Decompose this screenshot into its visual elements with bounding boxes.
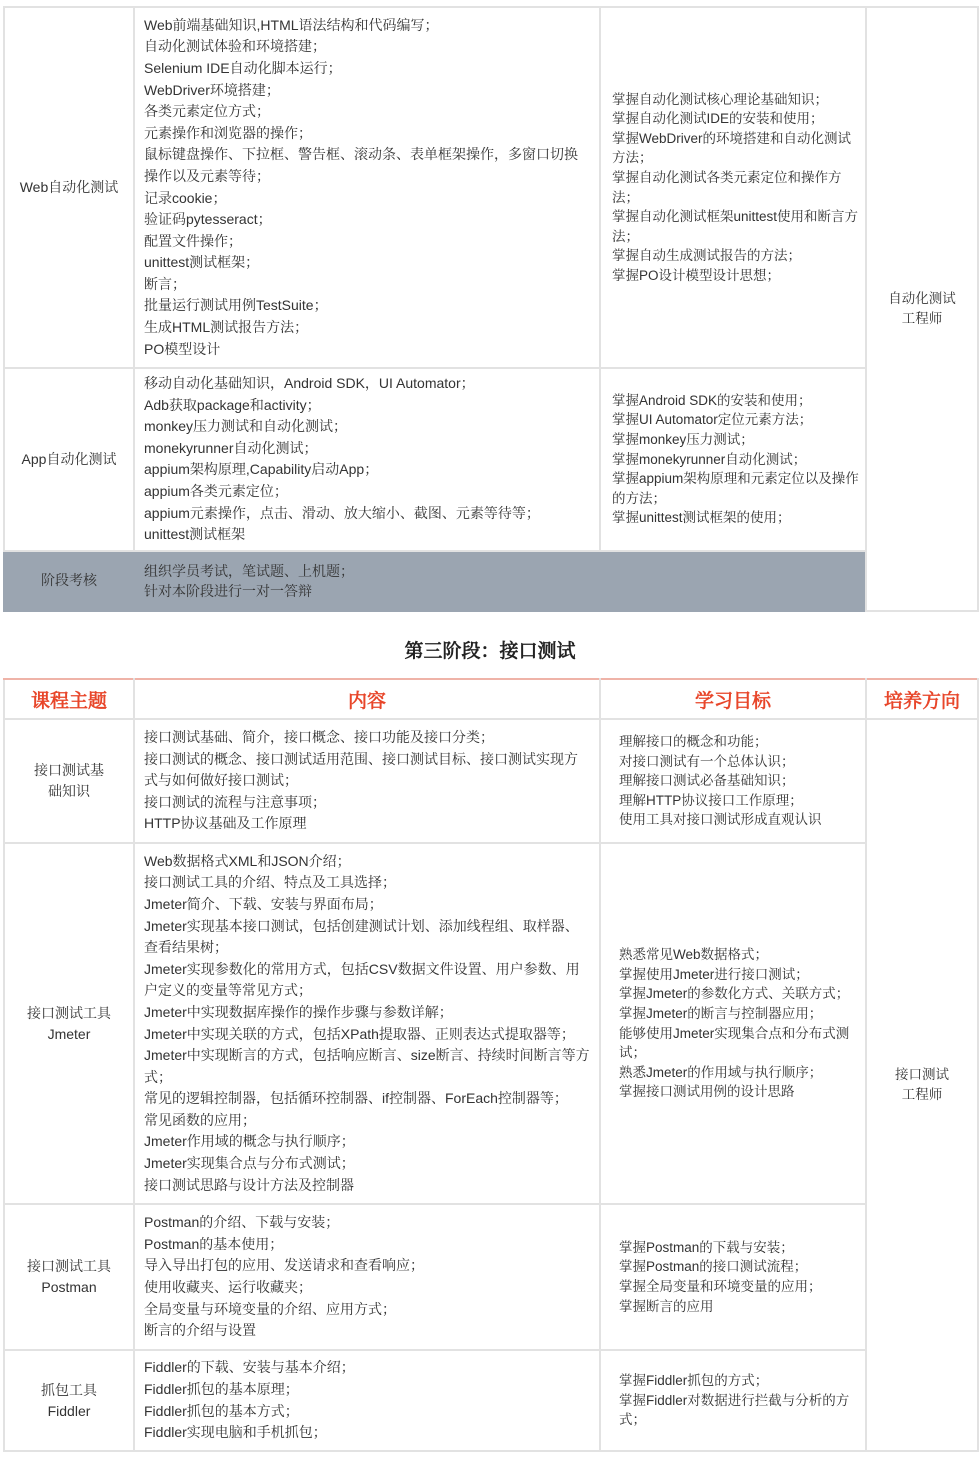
content-line: 生成HTML测试报告方法；: [144, 317, 591, 339]
content-line: Jmeter中实现断言的方式，包括响应断言、size断言、持续时间断言等方式；: [144, 1045, 591, 1088]
course-topic: Web自动化测试: [4, 7, 134, 368]
content-line: appium各类元素定位；: [144, 481, 591, 503]
goal-line: 掌握全局变量和环境变量的应用；: [619, 1277, 859, 1297]
content-line: Web前端基础知识,HTML语法结构和代码编写；: [144, 15, 591, 37]
course-content: Web前端基础知识,HTML语法结构和代码编写； 自动化测试体验和环境搭建； S…: [134, 7, 600, 368]
course-topic: 抓包工具 Fiddler: [4, 1350, 134, 1451]
goal-line: 掌握Postman的接口测试流程；: [619, 1257, 859, 1277]
content-line: Jmeter实现集合点与分布式测试；: [144, 1153, 591, 1175]
direction-line: 工程师: [868, 309, 976, 329]
header-content: 内容: [134, 679, 600, 719]
content-line: Jmeter作用域的概念与执行顺序；: [144, 1131, 591, 1153]
content-line: 接口测试的流程与注意事项；: [144, 792, 591, 814]
goal-line: 使用工具对接口测试形成直观认识: [619, 810, 859, 830]
content-line: 自动化测试体验和环境搭建；: [144, 36, 591, 58]
exam-topic: 阶段考核: [4, 551, 134, 611]
header-goals: 学习目标: [600, 679, 866, 719]
content-line: Jmeter中实现关联的方式，包括XPath提取器、正则表达式提取器等；: [144, 1024, 591, 1046]
learning-goals: 掌握Postman的下载与安装； 掌握Postman的接口测试流程； 掌握全局变…: [600, 1204, 866, 1350]
topic-line: Jmeter: [11, 1024, 127, 1045]
goal-line: 掌握自动化测试核心理论基础知识；: [612, 90, 859, 110]
course-content: 移动自动化基础知识，Android SDK，UI Automator； Adb获…: [134, 368, 600, 551]
exam-row: 阶段考核 组织学员考试，笔试题、上机题； 针对本阶段进行一对一答辩: [4, 551, 978, 611]
content-line: Selenium IDE自动化脚本运行；: [144, 58, 591, 80]
content-line: 配置文件操作；: [144, 231, 591, 253]
content-line: PO模型设计: [144, 339, 591, 361]
content-line: Postman的基本使用；: [144, 1234, 591, 1256]
content-line: Adb获取package和activity；: [144, 395, 591, 417]
course-content: Web数据格式XML和JSON介绍； 接口测试工具的介绍、特点及工具选择； Jm…: [134, 843, 600, 1204]
goal-line: 掌握自动化测试IDE的安装和使用；: [612, 109, 859, 129]
goal-line: 掌握Fiddler对数据进行拦截与分析的方式；: [619, 1391, 859, 1430]
content-line: Fiddler抓包的基本原理；: [144, 1379, 591, 1401]
goal-line: 掌握使用Jmeter进行接口测试；: [619, 965, 859, 985]
content-line: Postman的介绍、下载与安装；: [144, 1212, 591, 1234]
content-line: Fiddler的下载、安装与基本介绍；: [144, 1357, 591, 1379]
topic-line: 接口测试工具: [11, 1256, 127, 1277]
topic-line: 接口测试工具: [11, 1003, 127, 1024]
content-line: 鼠标键盘操作、下拉框、警告框、滚动条、表单框架操作，多窗口切换操作以及元素等待；: [144, 144, 591, 187]
goal-line: 掌握断言的应用: [619, 1297, 859, 1317]
content-line: 元素操作和浏览器的操作；: [144, 123, 591, 145]
content-line: 接口测试思路与设计方法及控制器: [144, 1175, 591, 1197]
content-line: appium元素操作，点击、滑动、放大缩小、截图、元素等待等；: [144, 503, 591, 525]
goal-line: 熟悉常见Web数据格式；: [619, 945, 859, 965]
course-content: 接口测试基础、简介，接口概念、接口功能及接口分类； 接口测试的概念、接口测试适用…: [134, 719, 600, 843]
goal-line: 掌握UI Automator定位元素方法；: [612, 410, 859, 430]
goal-line: 理解接口的概念和功能；: [619, 732, 859, 752]
direction-line: 接口测试: [868, 1065, 976, 1085]
content-line: Jmeter简介、下载、安装与界面布局；: [144, 894, 591, 916]
learning-goals: 理解接口的概念和功能； 对接口测试有一个总体认识； 理解接口测试必备基础知识； …: [600, 719, 866, 843]
content-line: 各类元素定位方式；: [144, 101, 591, 123]
goal-line: 理解HTTP协议接口工作原理；: [619, 791, 859, 811]
content-line: HTTP协议基础及工作原理: [144, 813, 591, 835]
content-line: 移动自动化基础知识，Android SDK，UI Automator；: [144, 373, 591, 395]
content-line: 组织学员考试，笔试题、上机题；: [144, 561, 857, 581]
goal-line: 掌握monkey压力测试；: [612, 430, 859, 450]
content-line: 记录cookie；: [144, 188, 591, 210]
learning-goals: 掌握自动化测试核心理论基础知识； 掌握自动化测试IDE的安装和使用； 掌握Web…: [600, 7, 866, 368]
exam-content: 组织学员考试，笔试题、上机题； 针对本阶段进行一对一答辩: [134, 551, 866, 611]
goal-line: 能够使用Jmeter实现集合点和分布式测试；: [619, 1024, 859, 1063]
table-row: Web自动化测试 Web前端基础知识,HTML语法结构和代码编写； 自动化测试体…: [4, 7, 978, 368]
learning-goals: 掌握Android SDK的安装和使用； 掌握UI Automator定位元素方…: [600, 368, 866, 551]
goal-line: 掌握appium架构原理和元素定位以及操作的方法；: [612, 469, 859, 508]
goal-line: 掌握Jmeter的断言与控制器应用；: [619, 1004, 859, 1024]
stage3-course-table: 课程主题 内容 学习目标 培养方向 接口测试基 础知识 接口测试基础、简介，接口…: [3, 678, 979, 1452]
content-line: monkey压力测试和自动化测试；: [144, 416, 591, 438]
content-line: unittest测试框架；: [144, 252, 591, 274]
goal-line: 掌握Postman的下载与安装；: [619, 1238, 859, 1258]
goal-line: 理解接口测试必备基础知识；: [619, 771, 859, 791]
content-line: 批量运行测试用例TestSuite；: [144, 295, 591, 317]
content-line: Web数据格式XML和JSON介绍；: [144, 851, 591, 873]
direction-line: 自动化测试: [868, 289, 976, 309]
content-line: 使用收藏夹、运行收藏夹；: [144, 1277, 591, 1299]
content-line: Fiddler实现电脑和手机抓包；: [144, 1422, 591, 1444]
content-line: Jmeter实现参数化的常用方式，包括CSV数据文件设置、用户参数、用户定义的变…: [144, 959, 591, 1002]
goal-line: 掌握monekyrunner自动化测试；: [612, 450, 859, 470]
topic-line: 接口测试基: [11, 760, 127, 781]
content-line: 导入导出打包的应用、发送请求和查看响应；: [144, 1255, 591, 1277]
goal-line: 掌握Fiddler抓包的方式；: [619, 1371, 859, 1391]
table-row: 接口测试工具 Jmeter Web数据格式XML和JSON介绍； 接口测试工具的…: [4, 843, 978, 1204]
table-row: 接口测试工具 Postman Postman的介绍、下载与安装； Postman…: [4, 1204, 978, 1350]
goal-line: 掌握unittest测试框架的使用；: [612, 508, 859, 528]
content-line: 接口测试工具的介绍、特点及工具选择；: [144, 872, 591, 894]
table-row: 接口测试基 础知识 接口测试基础、简介，接口概念、接口功能及接口分类； 接口测试…: [4, 719, 978, 843]
content-line: 全局变量与环境变量的介绍、应用方式；: [144, 1299, 591, 1321]
header-topic: 课程主题: [4, 679, 134, 719]
learning-goals: 熟悉常见Web数据格式； 掌握使用Jmeter进行接口测试； 掌握Jmeter的…: [600, 843, 866, 1204]
learning-goals: 掌握Fiddler抓包的方式； 掌握Fiddler对数据进行拦截与分析的方式；: [600, 1350, 866, 1451]
goal-line: 掌握自动化测试各类元素定位和操作方法；: [612, 168, 859, 207]
goal-line: 掌握接口测试用例的设计思路: [619, 1082, 859, 1102]
content-line: 接口测试基础、简介，接口概念、接口功能及接口分类；: [144, 727, 591, 749]
content-line: unittest测试框架: [144, 524, 591, 546]
direction-line: 工程师: [868, 1085, 976, 1105]
goal-line: 掌握WebDriver的环境搭建和自动化测试方法；: [612, 129, 859, 168]
table-row: 抓包工具 Fiddler Fiddler的下载、安装与基本介绍； Fiddler…: [4, 1350, 978, 1451]
course-topic: 接口测试基 础知识: [4, 719, 134, 843]
topic-line: 抓包工具: [11, 1380, 127, 1401]
stage2-course-table: Web自动化测试 Web前端基础知识,HTML语法结构和代码编写； 自动化测试体…: [3, 6, 979, 612]
header-direction: 培养方向: [866, 679, 978, 719]
content-line: Fiddler抓包的基本方式；: [144, 1401, 591, 1423]
content-line: WebDriver环境搭建；: [144, 80, 591, 102]
course-topic: 接口测试工具 Jmeter: [4, 843, 134, 1204]
topic-line: Fiddler: [11, 1401, 127, 1422]
topic-line: 础知识: [11, 781, 127, 802]
course-topic: 接口测试工具 Postman: [4, 1204, 134, 1350]
course-content: Postman的介绍、下载与安装； Postman的基本使用； 导入导出打包的应…: [134, 1204, 600, 1350]
content-line: 常见函数的应用；: [144, 1110, 591, 1132]
goal-line: 掌握自动生成测试报告的方法；: [612, 246, 859, 266]
content-line: monekyrunner自动化测试；: [144, 438, 591, 460]
course-content: Fiddler的下载、安装与基本介绍； Fiddler抓包的基本原理； Fidd…: [134, 1350, 600, 1451]
table-header-row: 课程主题 内容 学习目标 培养方向: [4, 679, 978, 719]
topic-line: Postman: [11, 1277, 127, 1298]
goal-line: 掌握Jmeter的参数化方式、关联方式；: [619, 984, 859, 1004]
course-topic: App自动化测试: [4, 368, 134, 551]
content-line: Jmeter实现基本接口测试，包括创建测试计划、添加线程组、取样器、查看结果树；: [144, 916, 591, 959]
goal-line: 对接口测试有一个总体认识；: [619, 752, 859, 772]
content-line: 验证码pytesseract；: [144, 209, 591, 231]
goal-line: 掌握Android SDK的安装和使用；: [612, 391, 859, 411]
content-line: 针对本阶段进行一对一答辩: [144, 581, 857, 601]
content-line: 常见的逻辑控制器，包括循环控制器、if控制器、ForEach控制器等；: [144, 1088, 591, 1110]
career-direction: 接口测试 工程师: [866, 719, 978, 1451]
content-line: 断言；: [144, 274, 591, 296]
content-line: appium架构原理,Capability启动App；: [144, 459, 591, 481]
table-row: App自动化测试 移动自动化基础知识，Android SDK，UI Automa…: [4, 368, 978, 551]
career-direction: 自动化测试 工程师: [866, 7, 978, 611]
stage-title: 第三阶段：接口测试: [0, 636, 980, 663]
goal-line: 熟悉Jmeter的作用域与执行顺序；: [619, 1063, 859, 1083]
goal-line: 掌握自动化测试框架unittest使用和断言方法；: [612, 207, 859, 246]
content-line: 接口测试的概念、接口测试适用范围、接口测试目标、接口测试实现方式与如何做好接口测…: [144, 749, 591, 792]
content-line: Jmeter中实现数据库操作的操作步骤与参数详解；: [144, 1002, 591, 1024]
goal-line: 掌握PO设计模型设计思想；: [612, 266, 859, 286]
content-line: 断言的介绍与设置: [144, 1320, 591, 1342]
